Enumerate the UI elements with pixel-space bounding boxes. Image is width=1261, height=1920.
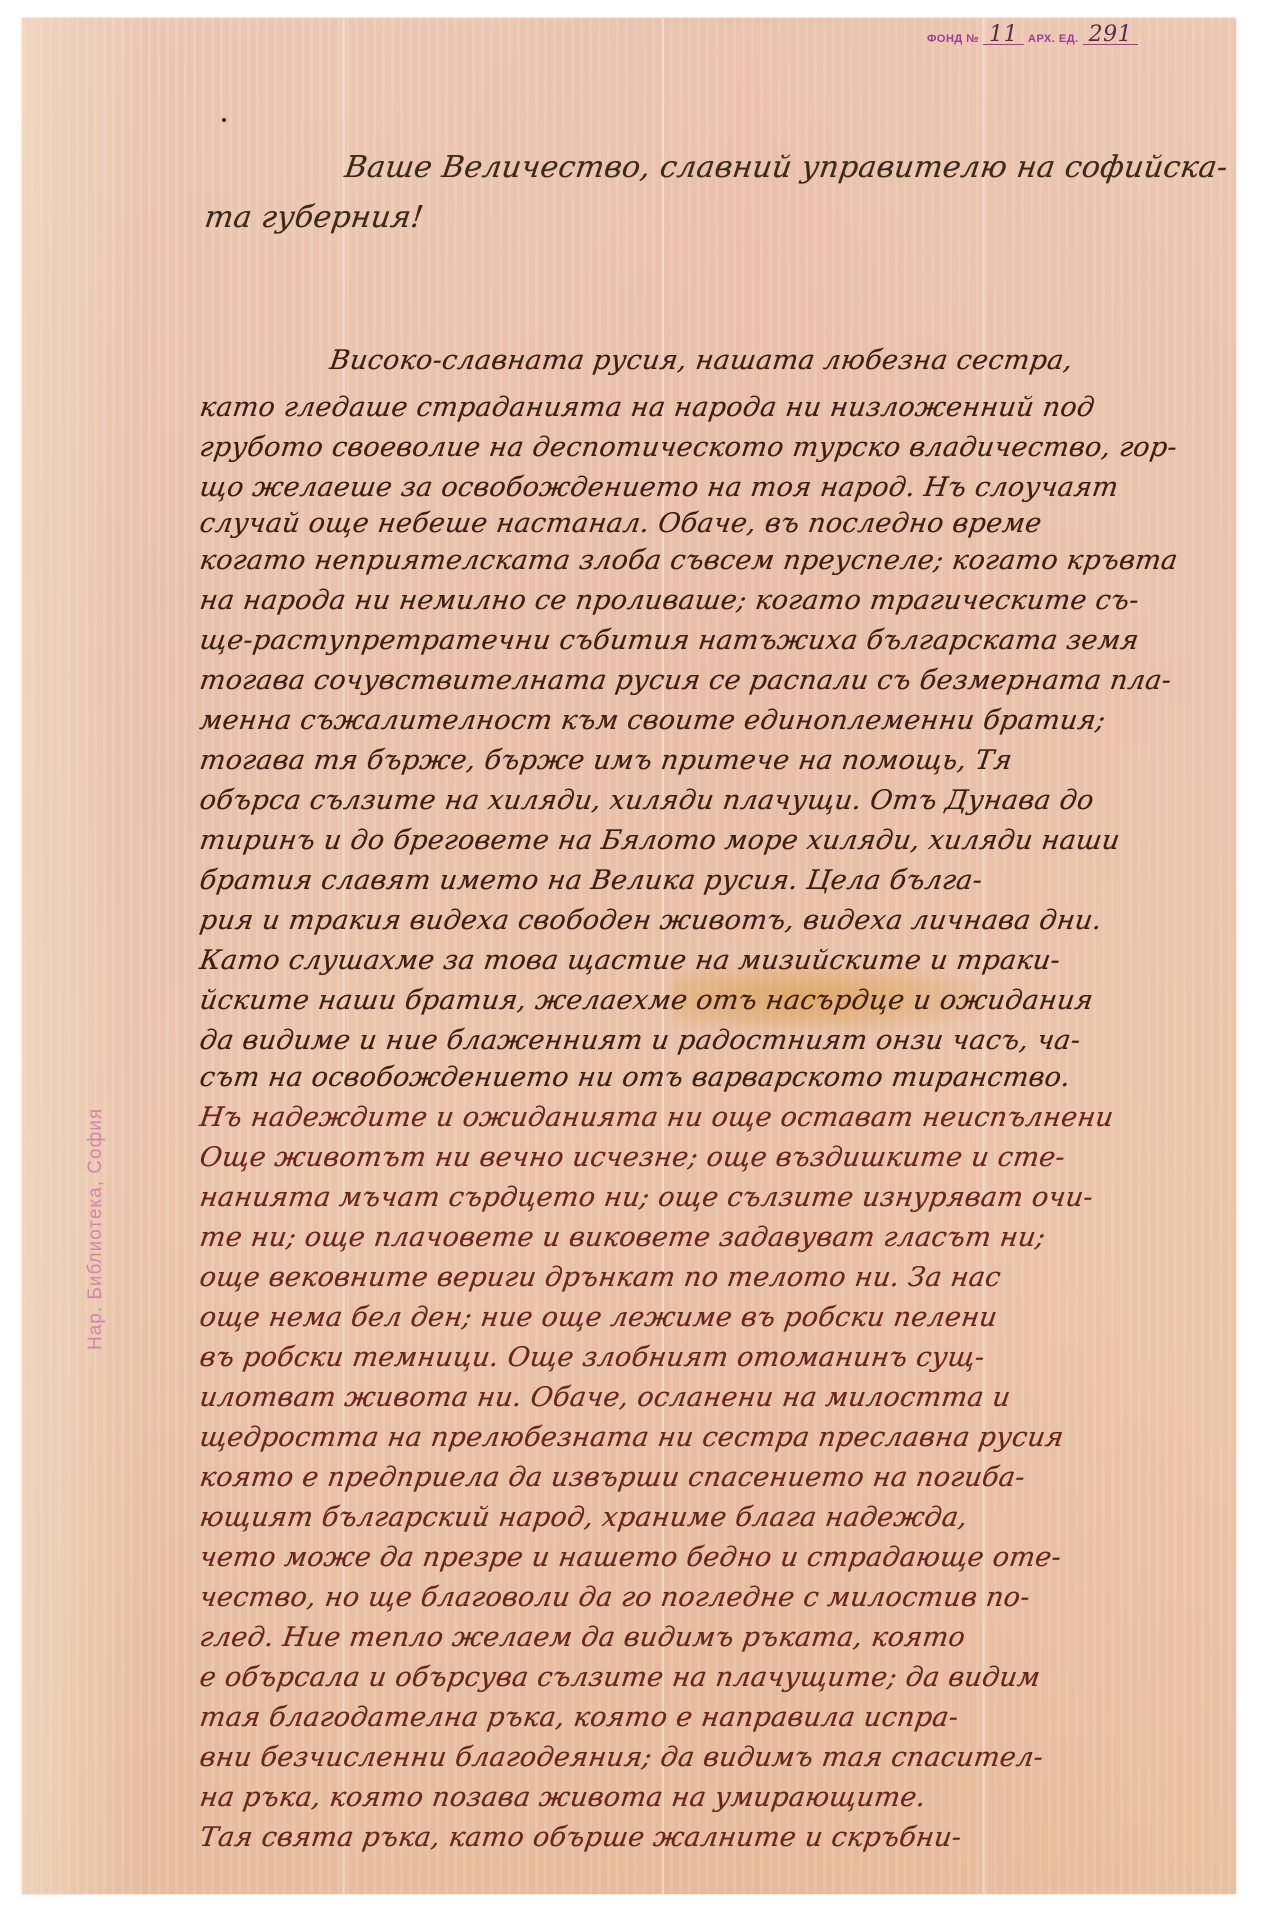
body-line: на ръка, която позава живота на умирающи… (198, 1782, 928, 1813)
body-line: като гледаше страданията на народа ни ни… (198, 392, 1097, 423)
body-line: глед. Ние тепло желаем да видимъ ръката,… (198, 1622, 967, 1653)
body-line: щедростта на прелюбезната ни сестра прес… (198, 1422, 1066, 1453)
body-line: която е предприела да извърши спасението… (198, 1462, 1027, 1493)
body-line: вни безчисленни благодеяния; да видимъ т… (198, 1742, 1046, 1773)
body-line: въ робски темници. Още злобният отоманин… (198, 1342, 987, 1373)
body-line: рия и тракия видеха свободен животъ, вид… (198, 905, 1104, 936)
greeting-line: Ваше Величество, славний управителю на с… (343, 150, 1230, 185)
body-line: илотват живота ни. Обаче, осланени на ми… (198, 1382, 1013, 1413)
body-line: на народа ни немилно се проливаше; когат… (198, 585, 1141, 616)
body-line: ющият българский народ, храниме блага на… (198, 1502, 970, 1533)
body-line: братия славят името на Велика русия. Цел… (198, 865, 985, 896)
greeting-line: та губерния! (203, 200, 426, 235)
body-line: още вековните вериги дрънкат по телото н… (198, 1262, 1003, 1293)
body-line: сът на освобождението ни отъ варварското… (198, 1062, 1073, 1093)
body-line: чество, но ще благоволи да го погледне с… (198, 1582, 1032, 1613)
body-line: когато неприятелската злоба съвсем преус… (198, 545, 1180, 576)
manuscript-text: Ваше Величество, славний управителю на с… (0, 0, 1261, 1920)
body-line: Като слушахме за това щастие на мизийски… (198, 945, 1063, 976)
body-line: що желаеше за освобождението на тоя наро… (198, 472, 1121, 503)
body-line: Нъ надеждите и ожиданията ни още остават… (198, 1102, 1116, 1133)
body-line: те ни; още плачовете и виковете задавува… (198, 1222, 1048, 1253)
body-line: нанията мъчат сърдцето ни; още сълзите и… (198, 1182, 1095, 1213)
body-line: ще-раступретратечни събития натъжиха бъл… (198, 625, 1141, 656)
body-line: още нема бел ден; ние още лежиме въ робс… (198, 1302, 1000, 1333)
body-line: Тая свята ръка, като обърше жалните и ск… (198, 1822, 964, 1853)
body-line: тогава тя бърже, бърже имъ притече на по… (198, 745, 1014, 776)
body-line: да видиме и ние блаженният и радостният … (198, 1025, 1083, 1056)
body-line: йските наши братия, желаехме отъ насърдц… (198, 985, 1095, 1016)
body-line: обърса сълзите на хиляди, хиляди плачущи… (198, 785, 1096, 816)
body-line: менна съжалителност към своите единоплем… (198, 705, 1108, 736)
body-line: тая благодателна ръка, която е направила… (198, 1702, 961, 1733)
body-line: грубото своеволие на деспотическото турс… (198, 432, 1179, 463)
body-line: случай още небеше настанал. Обаче, въ по… (198, 508, 1044, 539)
body-line: Още животът ни вечно исчезне; още въздиш… (198, 1142, 1067, 1173)
body-line: тогава сочувствителната русия се распали… (198, 665, 1174, 696)
body-line: чето може да презре и нашето бедно и стр… (198, 1542, 1063, 1573)
body-line: е обърсала и обърсува сълзите на плачущи… (198, 1662, 1042, 1693)
body-line: Високо-славната русия, нашата любезна се… (328, 345, 1075, 376)
body-line: тиринъ и до бреговете на Бялото море хил… (198, 825, 1122, 856)
